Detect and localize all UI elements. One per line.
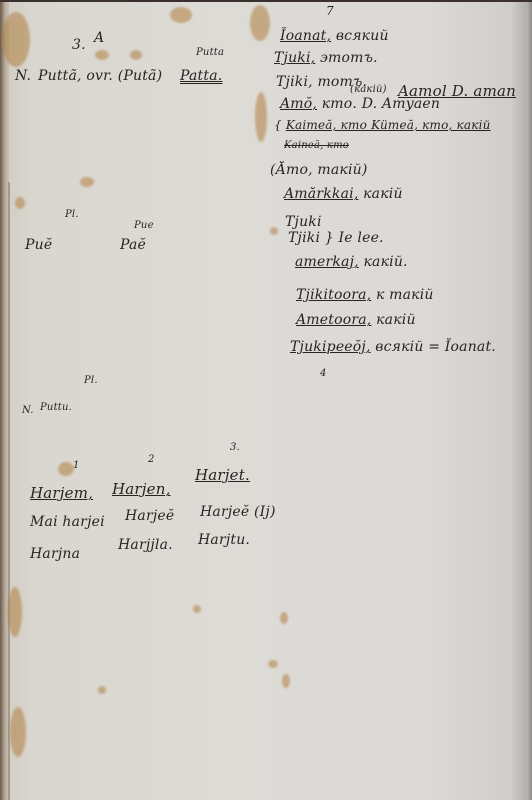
entry: Tjukipeeŏj, всякiй = Ĭoanat. bbox=[290, 339, 496, 355]
entry: (Ămo, такiй) bbox=[270, 162, 368, 178]
entry: Amărkkai, какiй bbox=[284, 186, 403, 202]
entry: Tjiki } Ie lee. bbox=[288, 230, 384, 246]
paradigm-cell: Harjen, bbox=[112, 480, 171, 498]
entry: Tjuki, этотъ. bbox=[274, 50, 378, 66]
stain bbox=[270, 227, 278, 235]
entry: Tjikitoora, к такiй bbox=[296, 287, 434, 303]
nominative-alt: Patta. bbox=[180, 68, 222, 84]
entry-word: Tjiki, bbox=[276, 74, 313, 90]
paradigm-cell: Harjeĕ bbox=[125, 508, 174, 524]
paradigm-cell: Harjeĕ (Ij) bbox=[200, 504, 276, 520]
entry-word: Ĭoanat, bbox=[280, 28, 331, 44]
row-label: N. bbox=[15, 68, 31, 84]
footnote-mark: 4 bbox=[320, 368, 327, 379]
entry-gloss: кто. D. Amyaen bbox=[322, 96, 440, 112]
stain bbox=[282, 674, 290, 688]
stain bbox=[98, 686, 106, 694]
plural-header: Pl. bbox=[65, 209, 79, 220]
entry-word: Tjikitoora, bbox=[296, 287, 371, 303]
stain bbox=[170, 7, 192, 23]
gloss-above: Pue bbox=[134, 220, 154, 231]
case-header: A bbox=[94, 30, 104, 46]
struck-entry: Kaineă, кто bbox=[284, 140, 349, 151]
entry: amerkaj, какiй. bbox=[295, 254, 408, 270]
entry-word: Tjiki bbox=[288, 230, 320, 246]
entry-gloss: этотъ. bbox=[320, 50, 378, 66]
stain bbox=[255, 92, 267, 142]
manuscript-page: 7 3. A Putta N. Puttã, ovr. (Putã) Patta… bbox=[0, 2, 532, 800]
entry-word: Kaimeă, кто Kümeă, кто, какiй bbox=[286, 118, 491, 132]
entry-gloss: какiй bbox=[376, 312, 416, 328]
paradigm-cell: Harjtu. bbox=[198, 532, 250, 548]
stain bbox=[250, 5, 270, 41]
stain bbox=[58, 462, 74, 476]
column-number: 3. bbox=[230, 442, 240, 453]
row-label: N. bbox=[22, 405, 34, 416]
stain bbox=[268, 660, 278, 668]
entry-bracketed: { Kaimeă, кто Kümeă, кто, какiй bbox=[274, 118, 491, 132]
page-edge bbox=[526, 2, 532, 800]
entry-gloss: } Ie lee. bbox=[325, 230, 384, 246]
entry-gloss: всякий bbox=[336, 28, 389, 44]
entry-word: amerkaj, bbox=[295, 254, 359, 270]
column-number: 2 bbox=[148, 454, 155, 465]
plural-alt: Paĕ bbox=[120, 237, 146, 253]
plural-form: Puttu. bbox=[40, 402, 72, 413]
paradigm-cell: Harjem, bbox=[30, 484, 93, 502]
stain bbox=[8, 587, 22, 637]
plural-form: Puĕ bbox=[25, 237, 52, 253]
entry: Ĭoanat, всякий bbox=[280, 28, 389, 44]
entry-superscript: (какiй) bbox=[350, 84, 387, 95]
stain bbox=[130, 50, 142, 60]
entry-word: Amŏ, bbox=[280, 96, 317, 112]
paradigm-cell: Harjjla. bbox=[118, 537, 173, 553]
paradigm-cell: Mai harjei bbox=[30, 514, 105, 530]
stain bbox=[2, 12, 30, 67]
stain bbox=[193, 605, 201, 613]
entry-word: Tjukipeeŏj, bbox=[290, 339, 371, 355]
bracket: { bbox=[274, 118, 282, 132]
stain bbox=[15, 197, 25, 209]
stain bbox=[280, 612, 288, 624]
entry: Ametoora, какiй bbox=[296, 312, 416, 328]
column-number: 1 bbox=[73, 460, 80, 471]
entry-word: Amărkkai, bbox=[284, 186, 358, 202]
gloss-above: Putta bbox=[196, 47, 224, 58]
binding-line bbox=[8, 182, 10, 800]
entry-gloss: какiй. bbox=[363, 254, 407, 270]
entry-gloss: всякiй = Ĭoanat. bbox=[375, 339, 496, 355]
entry-word: Tjuki bbox=[285, 214, 322, 230]
stain bbox=[95, 50, 109, 60]
page-number: 7 bbox=[326, 4, 334, 18]
paradigm-cell: Harjna bbox=[30, 546, 80, 562]
stain bbox=[80, 177, 94, 187]
entry-gloss: какiй bbox=[363, 186, 403, 202]
case-number: 3. bbox=[72, 37, 86, 53]
nominative-form: Puttã, ovr. (Putã) bbox=[38, 68, 162, 84]
entry: Amŏ, кто. D. Amyaen bbox=[280, 96, 440, 112]
entry-gloss: к такiй bbox=[376, 287, 434, 303]
plural-header: Pl. bbox=[84, 375, 98, 386]
entry-word: Tjuki, bbox=[274, 50, 315, 66]
entry-word: Ametoora, bbox=[296, 312, 371, 328]
paradigm-cell: Harjet. bbox=[195, 466, 250, 484]
stain bbox=[10, 707, 26, 757]
